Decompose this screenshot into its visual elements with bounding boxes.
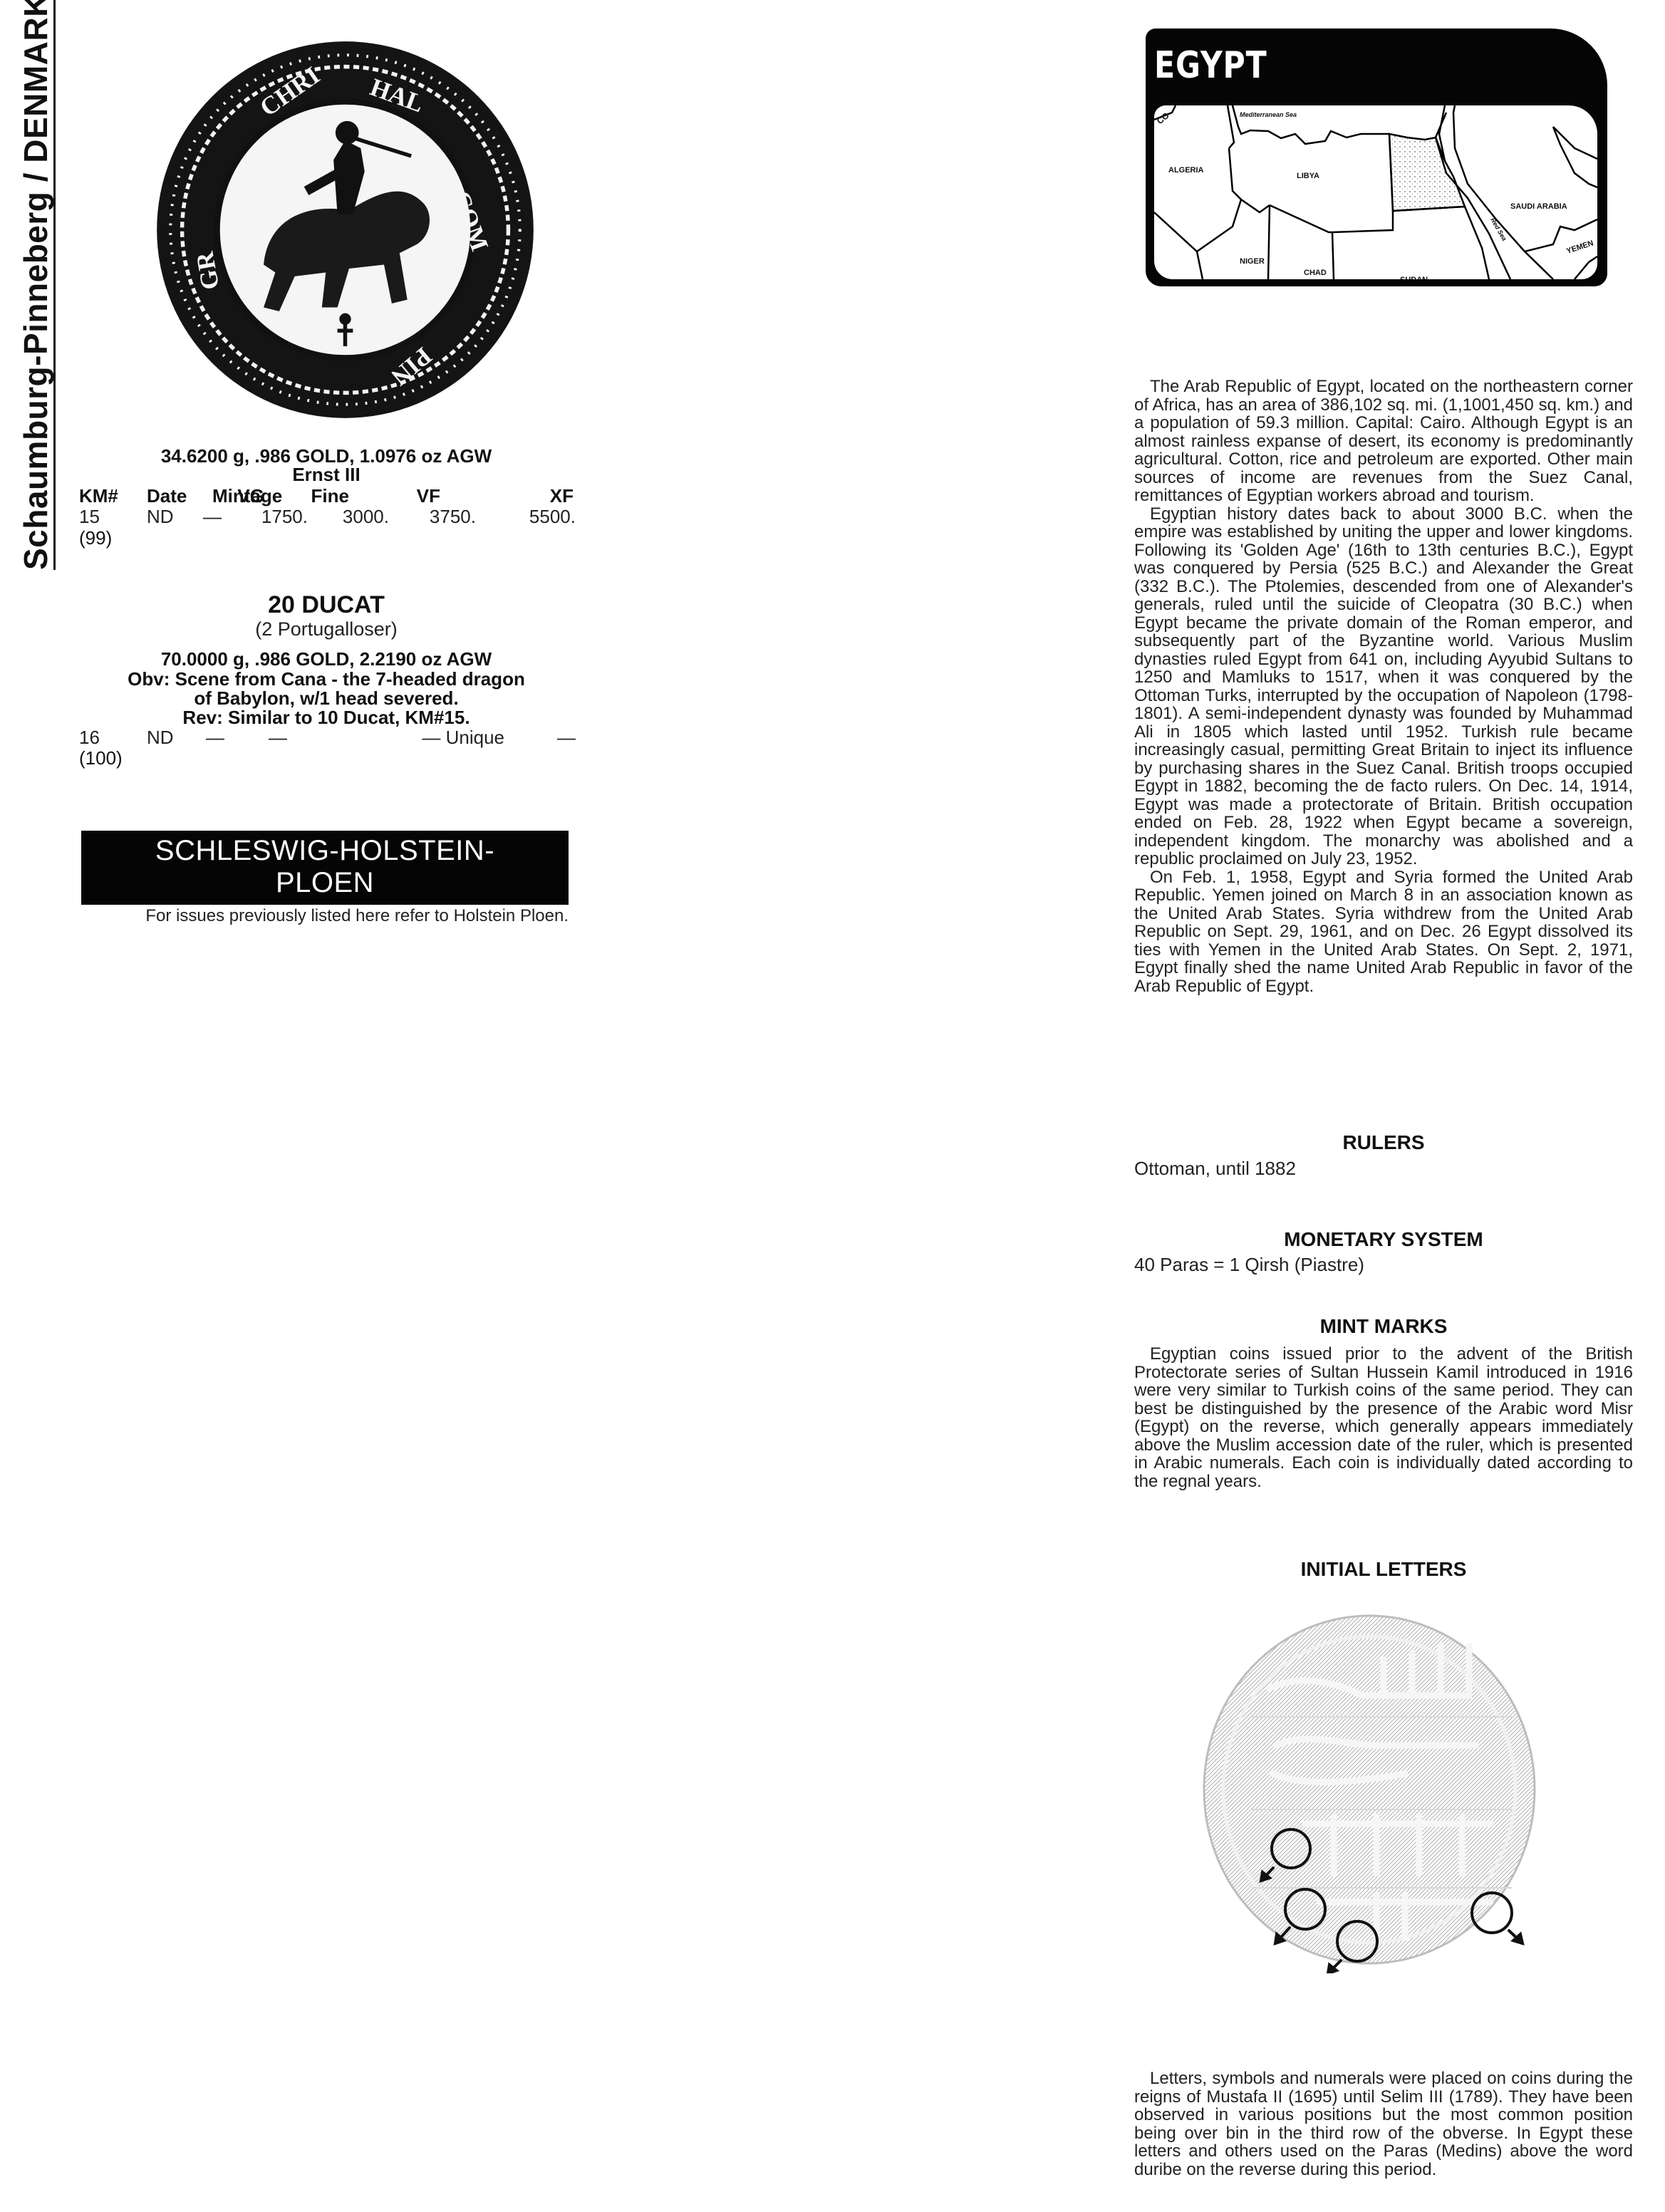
- map-label-saudi: SAUDI ARABIA: [1510, 202, 1567, 211]
- cell-vg: 1750.: [261, 506, 308, 527]
- map-label-libya: LIBYA: [1297, 172, 1319, 180]
- coin-weight-spec: 70.0000 g, .986 GOLD, 2.2190 oz AGW: [77, 648, 576, 670]
- mint-marks-text: Egyptian coins issued prior to the adven…: [1134, 1345, 1633, 1490]
- map-label-sea: Mediterranean Sea: [1240, 111, 1297, 118]
- initial-letters-heading: INITIAL LETTERS: [1134, 1558, 1633, 1581]
- table-row-ref: (100): [77, 747, 576, 769]
- intro-paragraph: Egyptian history dates back to about 300…: [1134, 505, 1633, 868]
- cell-km: 16: [79, 727, 100, 748]
- rulers-text: Ottoman, until 1882: [1134, 1158, 1633, 1180]
- mint-marks-heading: MINT MARKS: [1134, 1315, 1633, 1338]
- map-label-niger: NIGER: [1240, 257, 1265, 266]
- table-row-ref: (99): [77, 527, 576, 549]
- cell-vg: —: [269, 727, 287, 748]
- section-banner: SCHLESWIG-HOLSTEIN- PLOEN: [81, 831, 569, 905]
- col-xf: XF: [550, 485, 574, 507]
- col-fine: Fine: [311, 485, 349, 507]
- cell-fine-unique: — Unique: [422, 727, 504, 748]
- mint-marks-paragraph: Egyptian coins issued prior to the adven…: [1134, 1345, 1633, 1490]
- region-map: Mediterranean Sea CO ALGERIA LIBYA NIGER…: [1154, 105, 1597, 279]
- cell-km: 15: [79, 506, 100, 527]
- coin-image-tughra: [1191, 1603, 1547, 1973]
- map-label-chad: CHAD: [1304, 269, 1327, 277]
- denomination-subtitle: (2 Portugalloser): [77, 618, 576, 640]
- monetary-system-text: 40 Paras = 1 Qirsh (Piastre): [1134, 1254, 1633, 1276]
- running-header: Schaumburg-Pinneberg / DENMARK 220: [9, 28, 66, 570]
- table-row: 15 ND — 1750. 3000. 3750. 5500.: [77, 506, 576, 527]
- initial-letters-text: Letters, symbols and numerals were place…: [1134, 2070, 1633, 2179]
- price-table-header: KM# Date Mintage VG Fine VF XF: [77, 485, 576, 507]
- running-header-title: Schaumburg-Pinneberg / DENMARK: [19, 0, 56, 570]
- section-banner-line2: PLOEN: [81, 867, 569, 899]
- cell-vf: 3750.: [430, 506, 476, 527]
- reverse-description: Rev: Similar to 10 Ducat, KM#15.: [77, 707, 576, 728]
- cell-fine: 3000.: [343, 506, 389, 527]
- cell-ref: (99): [79, 527, 112, 549]
- obverse-description-cont: of Babylon, w/1 head severed.: [77, 687, 576, 709]
- section-note: For issues previously listed here refer …: [81, 906, 569, 926]
- map-label-sudan: SUDAN: [1400, 276, 1428, 279]
- country-title: EGYPT: [1154, 44, 1267, 87]
- country-introduction: The Arab Republic of Egypt, located on t…: [1134, 378, 1633, 995]
- monetary-system-heading: MONETARY SYSTEM: [1134, 1228, 1633, 1251]
- country-card: EGYPT: [1146, 28, 1607, 286]
- intro-paragraph: On Feb. 1, 1958, Egypt and Syria formed …: [1134, 868, 1633, 996]
- coin-ruler: Ernst III: [77, 464, 576, 485]
- rulers-heading: RULERS: [1134, 1131, 1633, 1154]
- cell-xf: —: [557, 727, 576, 748]
- col-vg: VG: [237, 485, 264, 507]
- cell-ref: (100): [79, 747, 123, 769]
- cell-mintage: —: [203, 506, 222, 527]
- col-km: KM#: [79, 485, 118, 507]
- section-banner-line1: SCHLESWIG-HOLSTEIN-: [81, 835, 569, 867]
- map-label-morocco: CO: [1155, 110, 1171, 126]
- initial-letters-paragraph: Letters, symbols and numerals were place…: [1134, 2070, 1633, 2179]
- col-vf: VF: [417, 485, 440, 507]
- coin-image-knight: CHRI HAL COM PIN GR: [151, 36, 539, 424]
- denomination-title: 20 DUCAT: [77, 591, 576, 619]
- intro-paragraph: The Arab Republic of Egypt, located on t…: [1134, 378, 1633, 505]
- obverse-description: Obv: Scene from Cana - the 7-headed drag…: [77, 668, 576, 690]
- cell-date: ND: [147, 506, 174, 527]
- col-date: Date: [147, 485, 187, 507]
- cell-xf: 5500.: [529, 506, 576, 527]
- table-row: 16 ND — — — Unique —: [77, 727, 576, 748]
- cell-mintage: —: [206, 727, 224, 748]
- map-label-algeria: ALGERIA: [1168, 166, 1204, 175]
- cell-date: ND: [147, 727, 174, 748]
- map-label-yemen: YEMEN: [1565, 239, 1594, 256]
